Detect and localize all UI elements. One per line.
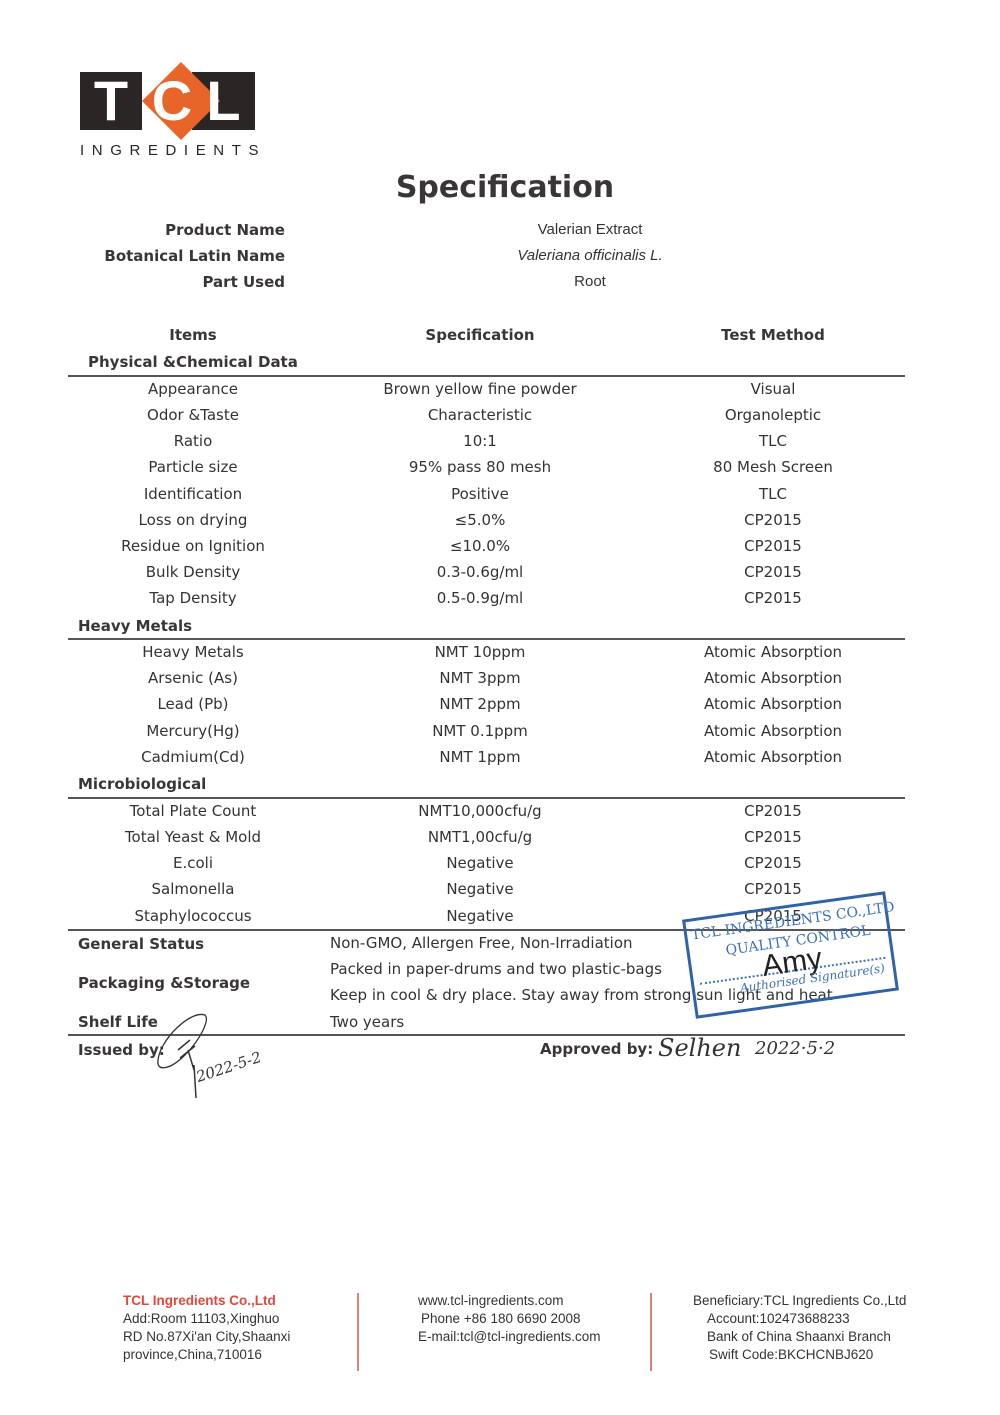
row-item: E.coli bbox=[68, 854, 318, 872]
footer-website-link[interactable]: www.tcl-ingredients.com bbox=[418, 1292, 601, 1310]
row-method: CP2015 bbox=[648, 589, 898, 607]
table-row: Lead (Pb) NMT 2ppm Atomic Absorption bbox=[0, 695, 1000, 721]
part-used-row: Part Used Root bbox=[0, 273, 1000, 299]
footer-company-name: TCL Ingredients Co.,Ltd bbox=[123, 1292, 290, 1310]
table-row: Heavy Metals NMT 10ppm Atomic Absorption bbox=[0, 643, 1000, 669]
footer-phone: Phone +86 180 6690 2008 bbox=[418, 1310, 601, 1328]
table-row: Cadmium(Cd) NMT 1ppm Atomic Absorption bbox=[0, 748, 1000, 774]
table-row: Total Yeast & Mold NMT1,00cfu/g CP2015 bbox=[0, 828, 1000, 854]
row-spec: NMT 1ppm bbox=[330, 748, 630, 766]
logo-letter-t: T bbox=[80, 72, 142, 130]
botanical-name-label: Botanical Latin Name bbox=[104, 247, 285, 265]
row-method: Atomic Absorption bbox=[648, 669, 898, 687]
row-spec: ≤10.0% bbox=[330, 537, 630, 555]
row-spec: NMT 10ppm bbox=[330, 643, 630, 661]
row-method: 80 Mesh Screen bbox=[648, 458, 898, 476]
row-item: Loss on drying bbox=[68, 511, 318, 529]
table-row: E.coli Negative CP2015 bbox=[0, 854, 1000, 880]
part-used-label: Part Used bbox=[202, 273, 285, 291]
logo-subtitle: INGREDIENTS bbox=[80, 142, 260, 159]
footer-company-info: TCL Ingredients Co.,Ltd Add:Room 11103,X… bbox=[123, 1292, 290, 1364]
row-spec: Negative bbox=[330, 880, 630, 898]
footer-divider bbox=[650, 1293, 652, 1371]
row-spec: NMT 0.1ppm bbox=[330, 722, 630, 740]
row-spec: Positive bbox=[330, 485, 630, 503]
footer-email-link[interactable]: E-mail:tcl@tcl-ingredients.com bbox=[418, 1328, 601, 1346]
row-spec: 0.5-0.9g/ml bbox=[330, 589, 630, 607]
row-item: Arsenic (As) bbox=[68, 669, 318, 687]
row-item: Salmonella bbox=[68, 880, 318, 898]
row-spec: Negative bbox=[330, 907, 630, 925]
row-item: Cadmium(Cd) bbox=[68, 748, 318, 766]
table-row: Loss on drying ≤5.0% CP2015 bbox=[0, 511, 1000, 537]
general-status-value: Non-GMO, Allergen Free, Non-Irradiation bbox=[330, 934, 633, 952]
approved-signature: Selhen bbox=[658, 1034, 741, 1062]
footer-address-line: RD No.87Xi'an City,Shaanxi bbox=[123, 1328, 290, 1346]
row-method: Atomic Absorption bbox=[648, 643, 898, 661]
row-method: Atomic Absorption bbox=[648, 722, 898, 740]
row-method: Atomic Absorption bbox=[648, 695, 898, 713]
row-item: Heavy Metals bbox=[68, 643, 318, 661]
row-spec: NMT 3ppm bbox=[330, 669, 630, 687]
table-row: Total Plate Count NMT10,000cfu/g CP2015 bbox=[0, 802, 1000, 828]
company-logo: T C L INGREDIENTS bbox=[80, 60, 260, 165]
row-spec: Negative bbox=[330, 854, 630, 872]
footer-address-line: province,China,710016 bbox=[123, 1346, 290, 1364]
row-item: Particle size bbox=[68, 458, 318, 476]
row-item: Total Plate Count bbox=[68, 802, 318, 820]
footer-account: Account:102473688233 bbox=[693, 1310, 906, 1328]
product-name-label: Product Name bbox=[165, 221, 285, 239]
footer-contact-info: www.tcl-ingredients.com Phone +86 180 66… bbox=[418, 1292, 601, 1346]
column-header-specification: Specification bbox=[330, 326, 630, 344]
row-spec: Brown yellow fine powder bbox=[330, 380, 630, 398]
table-row: Appearance Brown yellow fine powder Visu… bbox=[0, 380, 1000, 406]
table-row: Ratio 10:1 TLC bbox=[0, 432, 1000, 458]
row-item: Residue on Ignition bbox=[68, 537, 318, 555]
row-item: Mercury(Hg) bbox=[68, 722, 318, 740]
footer-bank-info: Beneficiary:TCL Ingredients Co.,Ltd Acco… bbox=[693, 1292, 906, 1364]
botanical-name-row: Botanical Latin Name Valeriana officinal… bbox=[0, 247, 1000, 273]
product-name-row: Product Name Valerian Extract bbox=[0, 221, 1000, 247]
footer-divider bbox=[357, 1293, 359, 1371]
column-header-items: Items bbox=[68, 326, 318, 344]
page-title: Specification bbox=[0, 170, 1000, 205]
table-row: Identification Positive TLC bbox=[0, 485, 1000, 511]
part-used-value: Root bbox=[440, 273, 740, 290]
row-method: CP2015 bbox=[648, 563, 898, 581]
section-divider bbox=[68, 797, 905, 799]
product-name-value: Valerian Extract bbox=[440, 221, 740, 238]
row-item: Appearance bbox=[68, 380, 318, 398]
botanical-name-value: Valeriana officinalis L. bbox=[440, 247, 740, 264]
section-title-microbiological: Microbiological bbox=[78, 775, 206, 793]
row-method: CP2015 bbox=[648, 828, 898, 846]
logo-letter-l: L bbox=[192, 72, 255, 130]
row-spec: NMT10,000cfu/g bbox=[330, 802, 630, 820]
table-row: Particle size 95% pass 80 mesh 80 Mesh S… bbox=[0, 458, 1000, 484]
approved-by-label: Approved by: bbox=[540, 1040, 653, 1058]
row-method: Organoleptic bbox=[648, 406, 898, 424]
row-method: TLC bbox=[648, 485, 898, 503]
footer-bank-name: Bank of China Shaanxi Branch bbox=[693, 1328, 906, 1346]
issued-signature-icon bbox=[150, 1010, 220, 1100]
footer-address-line: Add:Room 11103,Xinghuo bbox=[123, 1310, 290, 1328]
footer-swift-code: Swift Code:BKCHCNBJ620 bbox=[693, 1346, 906, 1364]
row-spec: Characteristic bbox=[330, 406, 630, 424]
row-method: Atomic Absorption bbox=[648, 748, 898, 766]
table-row: Tap Density 0.5-0.9g/ml CP2015 bbox=[0, 589, 1000, 615]
table-row: Arsenic (As) NMT 3ppm Atomic Absorption bbox=[0, 669, 1000, 695]
table-row: Odor &Taste Characteristic Organoleptic bbox=[0, 406, 1000, 432]
section-title-heavy-metals: Heavy Metals bbox=[78, 617, 192, 635]
row-item: Identification bbox=[68, 485, 318, 503]
table-row: Residue on Ignition ≤10.0% CP2015 bbox=[0, 537, 1000, 563]
row-spec: 10:1 bbox=[330, 432, 630, 450]
packaging-value: Packed in paper-drums and two plastic-ba… bbox=[330, 960, 662, 978]
row-item: Ratio bbox=[68, 432, 318, 450]
approved-date: 2022·5·2 bbox=[755, 1038, 835, 1059]
footer-beneficiary: Beneficiary:TCL Ingredients Co.,Ltd bbox=[693, 1292, 906, 1310]
row-item: Staphylococcus bbox=[68, 907, 318, 925]
row-method: Visual bbox=[648, 380, 898, 398]
table-row: Mercury(Hg) NMT 0.1ppm Atomic Absorption bbox=[0, 722, 1000, 748]
general-status-label: General Status bbox=[78, 935, 204, 953]
section-divider bbox=[68, 375, 905, 377]
shelf-life-value: Two years bbox=[330, 1013, 404, 1031]
row-method: CP2015 bbox=[648, 802, 898, 820]
section-title-physical-chemical: Physical &Chemical Data bbox=[88, 353, 298, 371]
row-item: Total Yeast & Mold bbox=[68, 828, 318, 846]
packaging-storage-label: Packaging &Storage bbox=[78, 974, 250, 992]
row-item: Lead (Pb) bbox=[68, 695, 318, 713]
row-spec: 95% pass 80 mesh bbox=[330, 458, 630, 476]
row-method: CP2015 bbox=[648, 854, 898, 872]
row-method: CP2015 bbox=[648, 537, 898, 555]
column-header-test-method: Test Method bbox=[648, 326, 898, 344]
row-spec: ≤5.0% bbox=[330, 511, 630, 529]
row-spec: 0.3-0.6g/ml bbox=[330, 563, 630, 581]
row-item: Tap Density bbox=[68, 589, 318, 607]
row-item: Odor &Taste bbox=[68, 406, 318, 424]
row-item: Bulk Density bbox=[68, 563, 318, 581]
row-method: TLC bbox=[648, 432, 898, 450]
table-row: Bulk Density 0.3-0.6g/ml CP2015 bbox=[0, 563, 1000, 589]
row-spec: NMT1,00cfu/g bbox=[330, 828, 630, 846]
row-method: CP2015 bbox=[648, 511, 898, 529]
row-spec: NMT 2ppm bbox=[330, 695, 630, 713]
section-divider bbox=[68, 638, 905, 640]
shelf-life-label: Shelf Life bbox=[78, 1013, 158, 1031]
